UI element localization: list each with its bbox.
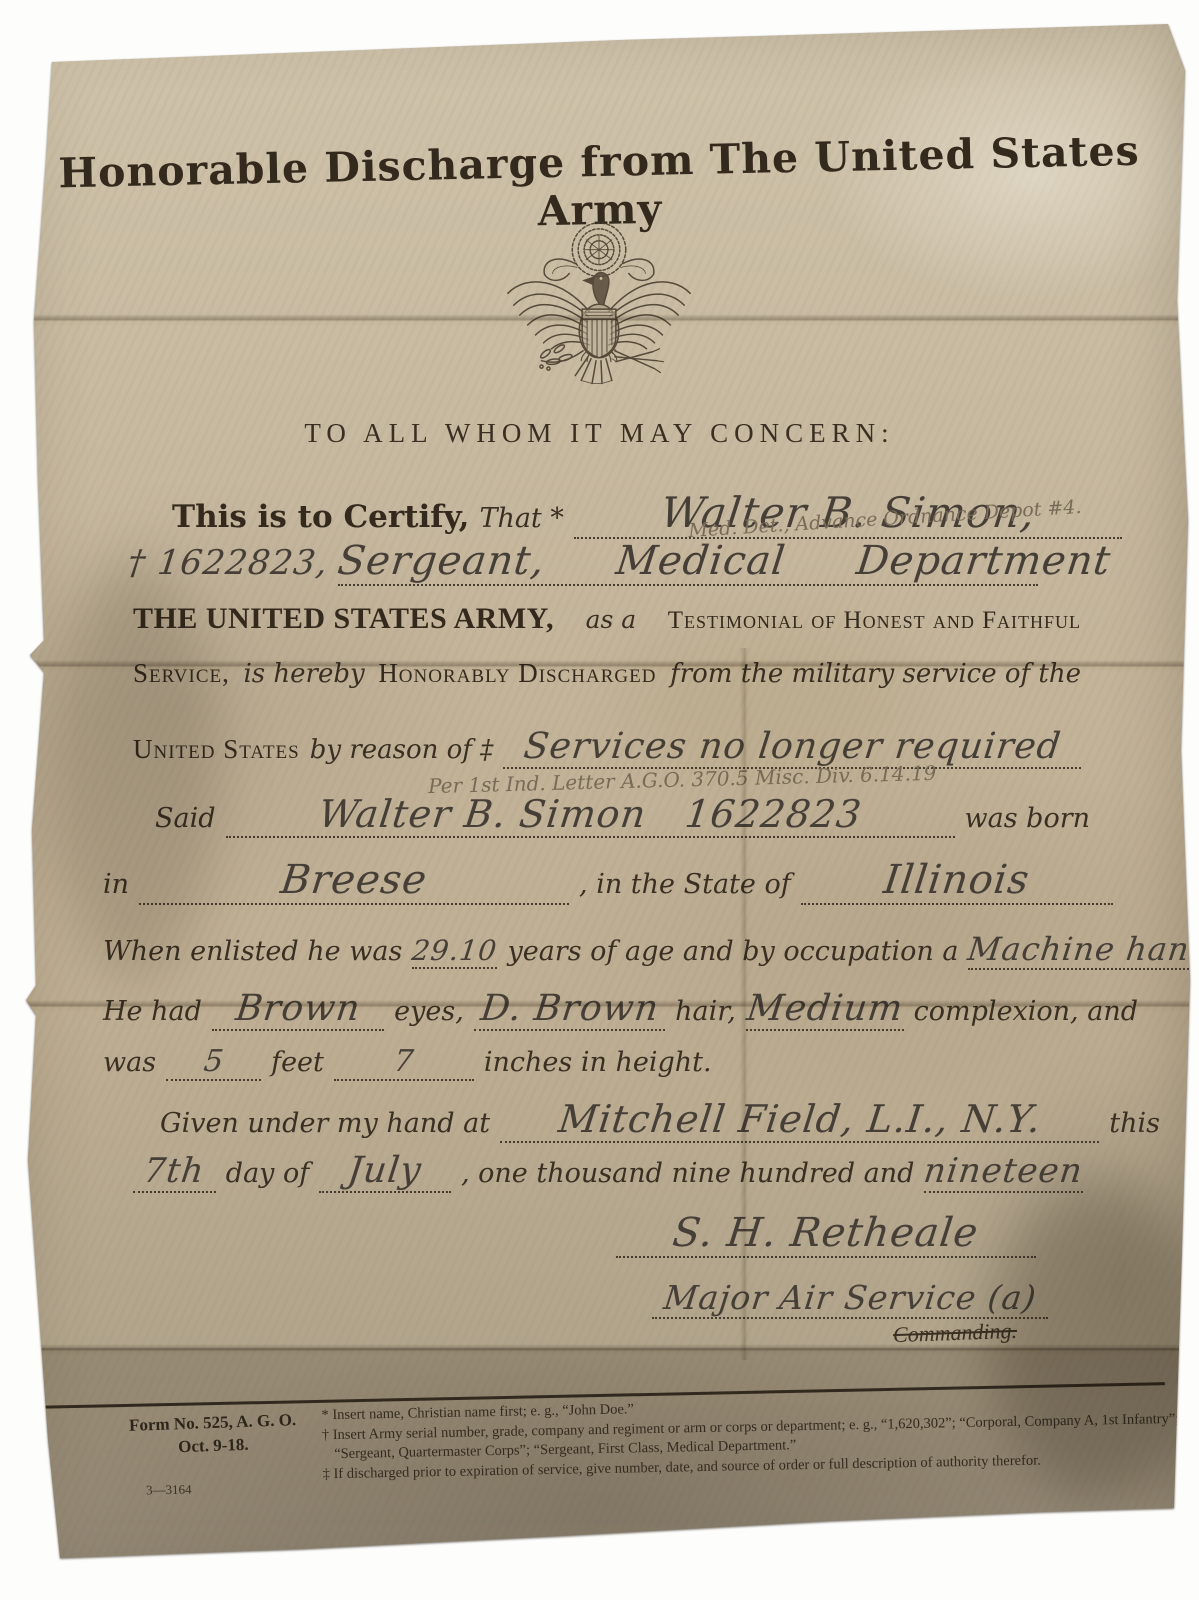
year-words-label: , one thousand nine hundred and: [461, 1158, 914, 1189]
day-blank: 7th: [133, 1151, 216, 1193]
discharge-certificate: Honorable Discharge from The United Stat…: [0, 0, 1199, 1600]
signature-line: S. H. Retheale: [616, 1210, 1036, 1258]
height-line: was 5 feet 7 inches in height.: [103, 1044, 712, 1081]
commanding-label: Commanding.: [893, 1318, 1018, 1348]
enlistment-line: When enlisted he was 29.10 years of age …: [103, 930, 1118, 970]
birthplace-line: in Breese , in the State of Illinois: [103, 857, 1113, 905]
hair-label: hair,: [675, 996, 736, 1027]
form-number-block: Form No. 525, A. G. O. Oct. 9-18.: [117, 1409, 308, 1461]
name-serial-handwritten: Walter B. Simon 1622823: [316, 792, 864, 836]
inches-label: inches in height.: [484, 1047, 712, 1078]
eyes-label: eyes,: [394, 996, 464, 1027]
service-discharged-line: Service, is hereby Honorably Discharged …: [133, 658, 1081, 689]
serial-grade-line: † 1622823, Sergeant, Medical Department: [128, 538, 1038, 586]
state-of-label: , in the State of: [579, 869, 791, 900]
feet-handwritten: 5: [201, 1044, 225, 1079]
army-testimonial-line: THE UNITED STATES ARMY, as a Testimonial…: [133, 602, 1081, 636]
name-serial-blank: Walter B. Simon 1622823: [226, 792, 955, 838]
as-a-label: as a: [586, 605, 637, 634]
is-hereby-label: is hereby: [243, 659, 364, 689]
feet-label: feet: [271, 1047, 324, 1078]
was-label: was: [103, 1047, 156, 1078]
inches-handwritten: 7: [392, 1044, 416, 1079]
grade-blank: Sergeant, Medical Department: [338, 538, 1038, 586]
occupation-blank: Machine hand: [968, 930, 1199, 970]
footnotes: * Insert name, Christian name first; e. …: [321, 1390, 1190, 1486]
honorably-discharged-label: Honorably Discharged: [378, 658, 656, 689]
paper-sheet: Honorable Discharge from The United Stat…: [0, 0, 1199, 1600]
day-handwritten: 7th: [142, 1151, 207, 1191]
from-military-label: from the military service of the: [670, 659, 1081, 689]
said-label: Said: [155, 803, 216, 834]
complexion-handwritten: Medium: [744, 988, 905, 1029]
eyes-handwritten: Brown: [233, 988, 362, 1029]
signature-handwritten: S. H. Retheale: [671, 1210, 982, 1256]
description-line: He had Brown eyes, D. Brown hair, Medium…: [103, 988, 1138, 1031]
signature-blank: S. H. Retheale: [616, 1210, 1036, 1258]
inches-blank: 7: [334, 1044, 474, 1081]
testimonial-label: Testimonial of Honest and Faithful: [668, 607, 1081, 635]
year-handwritten: nineteen: [922, 1151, 1086, 1191]
fold-crease-4: [0, 1344, 1199, 1356]
birthplace-handwritten: Breese: [278, 857, 430, 903]
certify-that-label: That *: [479, 503, 563, 534]
in-label: in: [103, 869, 129, 900]
eyes-blank: Brown: [212, 988, 384, 1031]
month-handwritten: July: [346, 1150, 425, 1191]
given-this-label: this: [1109, 1108, 1160, 1139]
said-line: Said Walter B. Simon 1622823 was born: [155, 792, 1090, 838]
complexion-label: complexion, and: [914, 996, 1138, 1027]
grade-dept-handwritten: Sergeant, Medical Department: [335, 538, 1113, 584]
united-states-label: United States: [133, 734, 300, 765]
age-handwritten: 29.10: [410, 934, 499, 967]
rank-blank: Major Air Service (a): [652, 1278, 1048, 1319]
by-reason-label: by reason of ‡: [310, 735, 493, 765]
service-label: Service,: [133, 658, 230, 689]
occupation-handwritten: Machine hand: [966, 930, 1199, 968]
state-handwritten: Illinois: [881, 857, 1032, 903]
enlist-pre-label: When enlisted he was: [103, 936, 402, 967]
hair-blank: D. Brown: [474, 988, 665, 1031]
army-bold-label: THE UNITED STATES ARMY,: [133, 602, 554, 636]
salutation: TO ALL WHOM IT MAY CONCERN:: [0, 418, 1199, 449]
serial-number-handwritten: † 1622823,: [126, 543, 331, 583]
enlist-mid-label: years of age and by occupation a: [507, 936, 958, 967]
given-line: Given under my hand at Mitchell Field, L…: [160, 1097, 1160, 1143]
state-blank: Illinois: [801, 857, 1113, 905]
date-line: 7th day of July , one thousand nine hund…: [133, 1150, 1083, 1193]
day-of-label: day of: [226, 1158, 309, 1189]
certify-lead-label: This is to Certify,: [172, 499, 469, 535]
complexion-blank: Medium: [746, 988, 904, 1031]
month-blank: July: [319, 1150, 451, 1193]
great-seal-eagle-icon: [490, 212, 708, 442]
was-born-label: was born: [965, 803, 1090, 834]
given-place-handwritten: Mitchell Field, L.I., N.Y.: [556, 1097, 1044, 1141]
hair-handwritten: D. Brown: [478, 988, 661, 1029]
year-blank: nineteen: [924, 1151, 1083, 1193]
print-code: 3—3164: [146, 1482, 192, 1499]
age-blank: 29.10: [412, 934, 497, 969]
he-had-label: He had: [103, 996, 202, 1027]
rank-handwritten: Major Air Service (a): [661, 1278, 1038, 1317]
feet-blank: 5: [166, 1044, 261, 1081]
given-place-blank: Mitchell Field, L.I., N.Y.: [500, 1097, 1099, 1143]
birthplace-blank: Breese: [139, 857, 569, 905]
rank-line: Major Air Service (a): [652, 1278, 1048, 1319]
given-pre-label: Given under my hand at: [160, 1108, 490, 1139]
